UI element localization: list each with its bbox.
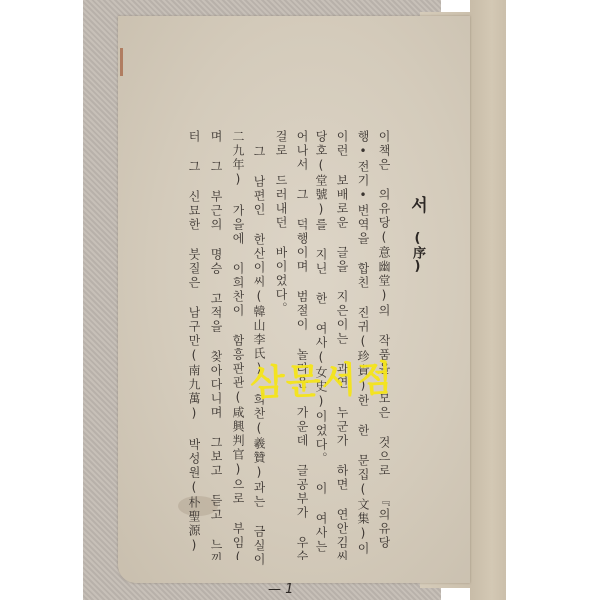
text-column: 걸로 드러내던 바이었다。 — [275, 130, 287, 316]
page-title: 서 — [408, 196, 425, 213]
text-column: 이런 보배로운 글을 지은이는 과연 누군가 하면 연안김씨(延安金氏)의 의유… — [336, 130, 348, 560]
text-column: 며 그 부근의 명승 고적을 찾아다니며 그보고 듣고 느끼고 생각나는 바를 … — [210, 130, 222, 560]
text-column: 터 그 신묘한 붓질은 남구만(南九萬) 박성원(朴聖源) 따위의 북정록(北征… — [188, 130, 200, 560]
text-column: 二九年) 가을에 이희찬이 함흥판관(咸興判官)으로 부임(赴任)하매 의유당도… — [232, 130, 244, 560]
text-column: 이책은 의유당(意幽堂)의 작품을 모은 것으로 『의유당 관북유람 일기』라기… — [378, 130, 390, 560]
book-page — [118, 16, 470, 583]
book-photo: 서 (序) 이책은 의유당(意幽堂)의 작품을 모은 것으로 『의유당 관북유람… — [0, 0, 600, 600]
text-column: 당호(堂號)를 지닌 한 여사(女史)이었다。 이 여사는 청풍 장영세족(醬營… — [315, 130, 327, 560]
page-title-hanja: (序) — [411, 231, 424, 274]
edge-mark — [120, 48, 123, 76]
spine-edge — [470, 0, 506, 600]
watermark: 삼문서점 — [249, 351, 394, 407]
text-column: 행•전기•번역을 합친 진귀(珍貴)한 한 문집(文集)이 — [357, 130, 369, 556]
text-column: 어나서 그 덕행이며 범절이 놀라운 가운데 글공부가 우수 뛰어나 저하여 그… — [296, 130, 308, 560]
page-number: — 1 — [268, 582, 293, 597]
